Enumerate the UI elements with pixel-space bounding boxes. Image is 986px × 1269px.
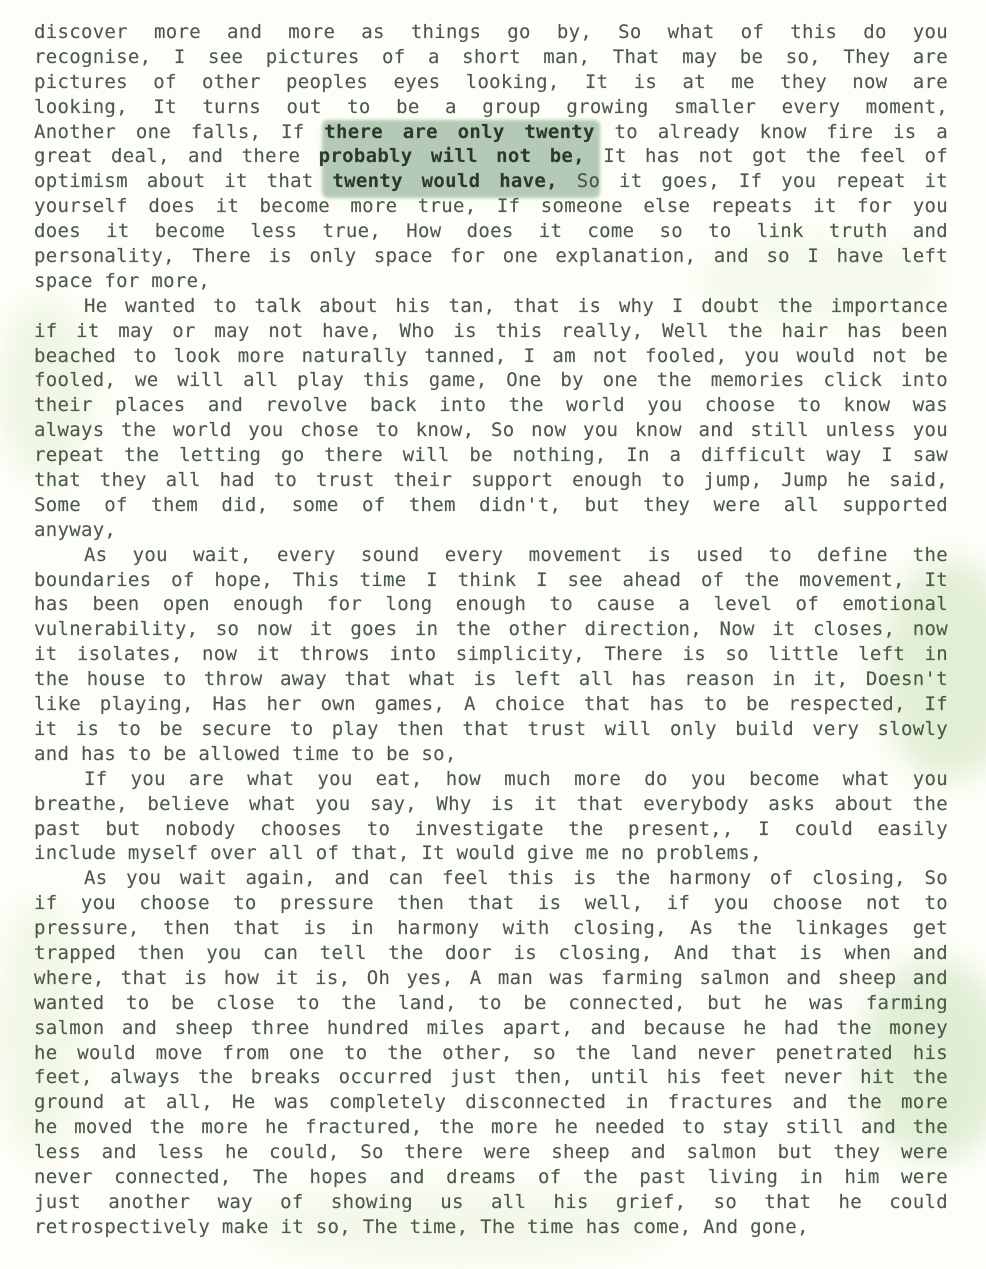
text-line: retrospectively make it so, The time, Th…	[34, 1215, 948, 1240]
document-page: discover more and more as things go by, …	[34, 20, 948, 1240]
text-line: if it may or may not have, Who is this r…	[34, 319, 948, 344]
text-line: personality, There is only space for one…	[34, 244, 948, 269]
paragraph: If you are what you eat, how much more d…	[34, 767, 948, 867]
text-line: repeat the letting go there will be noth…	[34, 443, 948, 468]
text-line: looking, It turns out to be a group grow…	[34, 95, 948, 120]
text-line: it is to be secure to play then that tru…	[34, 717, 948, 742]
text-line: never connected, The hopes and dreams of…	[34, 1165, 948, 1190]
text-line: great deal, and there probably will not …	[34, 144, 948, 169]
text-line: trapped then you can tell the door is cl…	[34, 941, 948, 966]
text-line: the house to throw away that what is lef…	[34, 667, 948, 692]
highlighted-text: there are only twenty	[324, 121, 595, 143]
text-line: less and less he could, So there were sh…	[34, 1140, 948, 1165]
text-line: like playing, Has her own games, A choic…	[34, 692, 948, 717]
text-line: pressure, then that is in harmony with c…	[34, 916, 948, 941]
text-line: optimism about it that twenty would have…	[34, 169, 948, 194]
text-line: has been open enough for long enough to …	[34, 592, 948, 617]
text-line: anyway,	[34, 518, 948, 543]
text-line: breathe, believe what you say, Why is it…	[34, 792, 948, 817]
text-line: boundaries of hope, This time I think I …	[34, 568, 948, 593]
paragraph: As you wait, every sound every movement …	[34, 543, 948, 767]
text-line: pictures of other peoples eyes looking, …	[34, 70, 948, 95]
text-line: and has to be allowed time to be so,	[34, 742, 948, 767]
highlighted-text: probably will not be,	[319, 145, 585, 167]
text-line: As you wait, every sound every movement …	[34, 543, 948, 568]
text-line: always the world you chose to know, So n…	[34, 418, 948, 443]
text-line: vulnerability, so now it goes in the oth…	[34, 617, 948, 642]
text-line: he moved the more he fractured, the more…	[34, 1115, 948, 1140]
text-line: feet, always the breaks occurred just th…	[34, 1065, 948, 1090]
text-line: include myself over all of that, It woul…	[34, 841, 948, 866]
text-line: Some of them did, some of them didn't, b…	[34, 493, 948, 518]
paragraph: He wanted to talk about his tan, that is…	[34, 294, 948, 543]
text-line: where, that is how it is, Oh yes, A man …	[34, 966, 948, 991]
text-line: does it become less true, How does it co…	[34, 219, 948, 244]
text-line: that they all had to trust their support…	[34, 468, 948, 493]
text-line: fooled, we will all play this game, One …	[34, 368, 948, 393]
text-line: past but nobody chooses to investigate t…	[34, 817, 948, 842]
highlighted-text: twenty would have,	[332, 170, 558, 192]
text-line: their places and revolve back into the w…	[34, 393, 948, 418]
text-line: if you choose to pressure then that is w…	[34, 891, 948, 916]
text-line: space for more,	[34, 269, 948, 294]
text-line: he would move from one to the other, so …	[34, 1041, 948, 1066]
text-line: it isolates, now it throws into simplici…	[34, 642, 948, 667]
text-line: He wanted to talk about his tan, that is…	[34, 294, 948, 319]
text-line: wanted to be close to the land, to be co…	[34, 991, 948, 1016]
text-line: beached to look more naturally tanned, I…	[34, 344, 948, 369]
paragraph: As you wait again, and can feel this is …	[34, 866, 948, 1239]
text-line: salmon and sheep three hundred miles apa…	[34, 1016, 948, 1041]
text-line: As you wait again, and can feel this is …	[34, 866, 948, 891]
text-line: Another one falls, If there are only twe…	[34, 120, 948, 145]
text-line: ground at all, He was completely disconn…	[34, 1090, 948, 1115]
text-line: recognise, I see pictures of a short man…	[34, 45, 948, 70]
text-line: just another way of showing us all his g…	[34, 1190, 948, 1215]
text-line: If you are what you eat, how much more d…	[34, 767, 948, 792]
paragraph: discover more and more as things go by, …	[34, 20, 948, 294]
text-line: yourself does it become more true, If so…	[34, 194, 948, 219]
text-line: discover more and more as things go by, …	[34, 20, 948, 45]
